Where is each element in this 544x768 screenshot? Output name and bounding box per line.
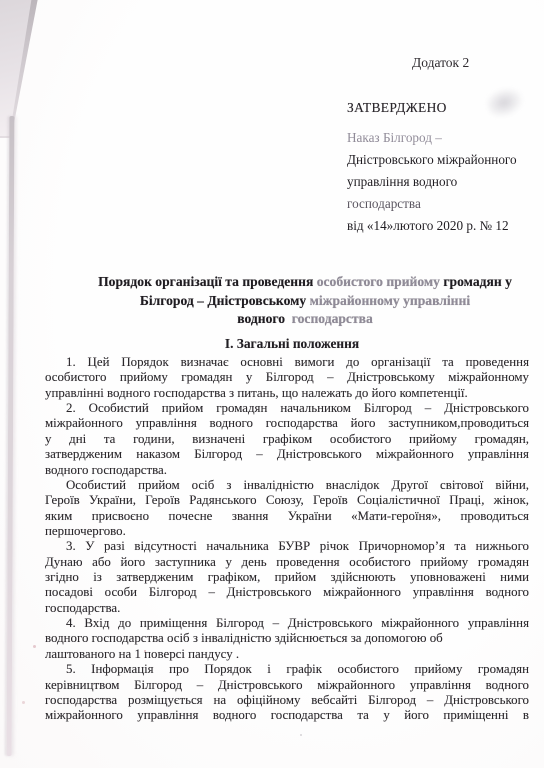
title-line: водного господарства — [58, 310, 544, 329]
body-line: особистого прийому громадян у Білгород –… — [45, 370, 529, 385]
approval-heading: ЗАТВЕРДЖЕНО — [347, 100, 532, 127]
annex-label: Додаток 2 — [412, 55, 469, 71]
approval-line: від «14»лютого 2020 р. № 12 — [347, 215, 532, 237]
body-line: господарства. — [45, 601, 529, 616]
body-line: 4. Вхід до приміщення Білгород – Дністро… — [45, 616, 529, 631]
body-line: господарства розміщується на офіційному … — [45, 693, 529, 708]
title-segment: господарства — [285, 311, 373, 326]
approval-lines: Наказ Білгород – Дністровського міжрайон… — [347, 127, 532, 236]
title-segment: особистого прийому — [317, 274, 440, 289]
paper-speck — [33, 645, 36, 648]
title-segment: Білгород – Дністровському — [140, 293, 310, 308]
section-heading: І. Загальні положення — [45, 336, 539, 352]
body-line: яким присвоєно почесне звання України «М… — [45, 509, 529, 524]
title-segment: міжрайонному управлінні — [310, 293, 471, 308]
body-line: у дні та години, визначені графіком особ… — [45, 432, 529, 447]
body-line: 1. Цей Порядок визначає основні вимоги д… — [45, 355, 529, 370]
document-body: 1. Цей Порядок визначає основні вимоги д… — [45, 355, 529, 724]
body-line: першочергово. — [45, 524, 529, 539]
body-line: Дунаю або його заступника у день проведе… — [45, 555, 529, 570]
approval-line: Дністровського міжрайонного — [347, 149, 532, 171]
body-line: Особистий прийом осіб з інвалідністю вна… — [45, 478, 529, 493]
title-segment: громадян у — [440, 274, 512, 289]
paper-speck — [300, 734, 302, 736]
scanned-document-page: Додаток 2 ЗАТВЕРДЖЕНО Наказ Білгород – Д… — [0, 0, 544, 768]
body-line: посадові особи Білгород – Дністровського… — [45, 585, 529, 600]
body-line: міжрайонного управління водного господар… — [45, 416, 529, 431]
body-line: затвердженим наказом Білгород – Дністров… — [45, 447, 529, 462]
approval-line: управління водного — [347, 171, 532, 193]
body-line: 3. У разі відсутності начальника БУВР рі… — [45, 539, 529, 554]
title-segment: водного — [237, 311, 285, 326]
body-line: лаштованого на 1 поверсі пандусу . — [45, 647, 529, 662]
approval-line: Наказ Білгород – — [347, 127, 532, 149]
approval-line: господарства — [347, 193, 532, 215]
title-line: Порядок організації та проведення особис… — [58, 273, 544, 292]
body-line: керівництвом Білгород – Дністровського м… — [45, 678, 529, 693]
body-line: міжрайонного управління водного господар… — [45, 708, 529, 723]
title-segment: Порядок організації та проведення — [98, 274, 317, 289]
paper-speck — [22, 701, 25, 704]
body-line: водного господарства. — [45, 463, 529, 478]
document-title: Порядок організації та проведення особис… — [58, 273, 544, 329]
body-line: Героїв України, Героїв Радянського Союзу… — [45, 493, 529, 508]
body-line: водного господарства осіб з інвалідністю… — [45, 631, 529, 646]
scan-edge-strip — [7, 116, 15, 756]
body-line: 2. Особистий прийом громадян начальником… — [45, 401, 529, 416]
body-line: 5. Інформація про Порядок і графік особи… — [45, 662, 529, 677]
body-line: згідно із затвердженим графіком, прийом … — [45, 570, 529, 585]
title-line: Білгород – Дністровському міжрайонному у… — [58, 292, 544, 311]
approval-block: ЗАТВЕРДЖЕНО Наказ Білгород – Дністровськ… — [347, 100, 532, 236]
body-line: управлінні водного господарства з питань… — [45, 386, 529, 401]
